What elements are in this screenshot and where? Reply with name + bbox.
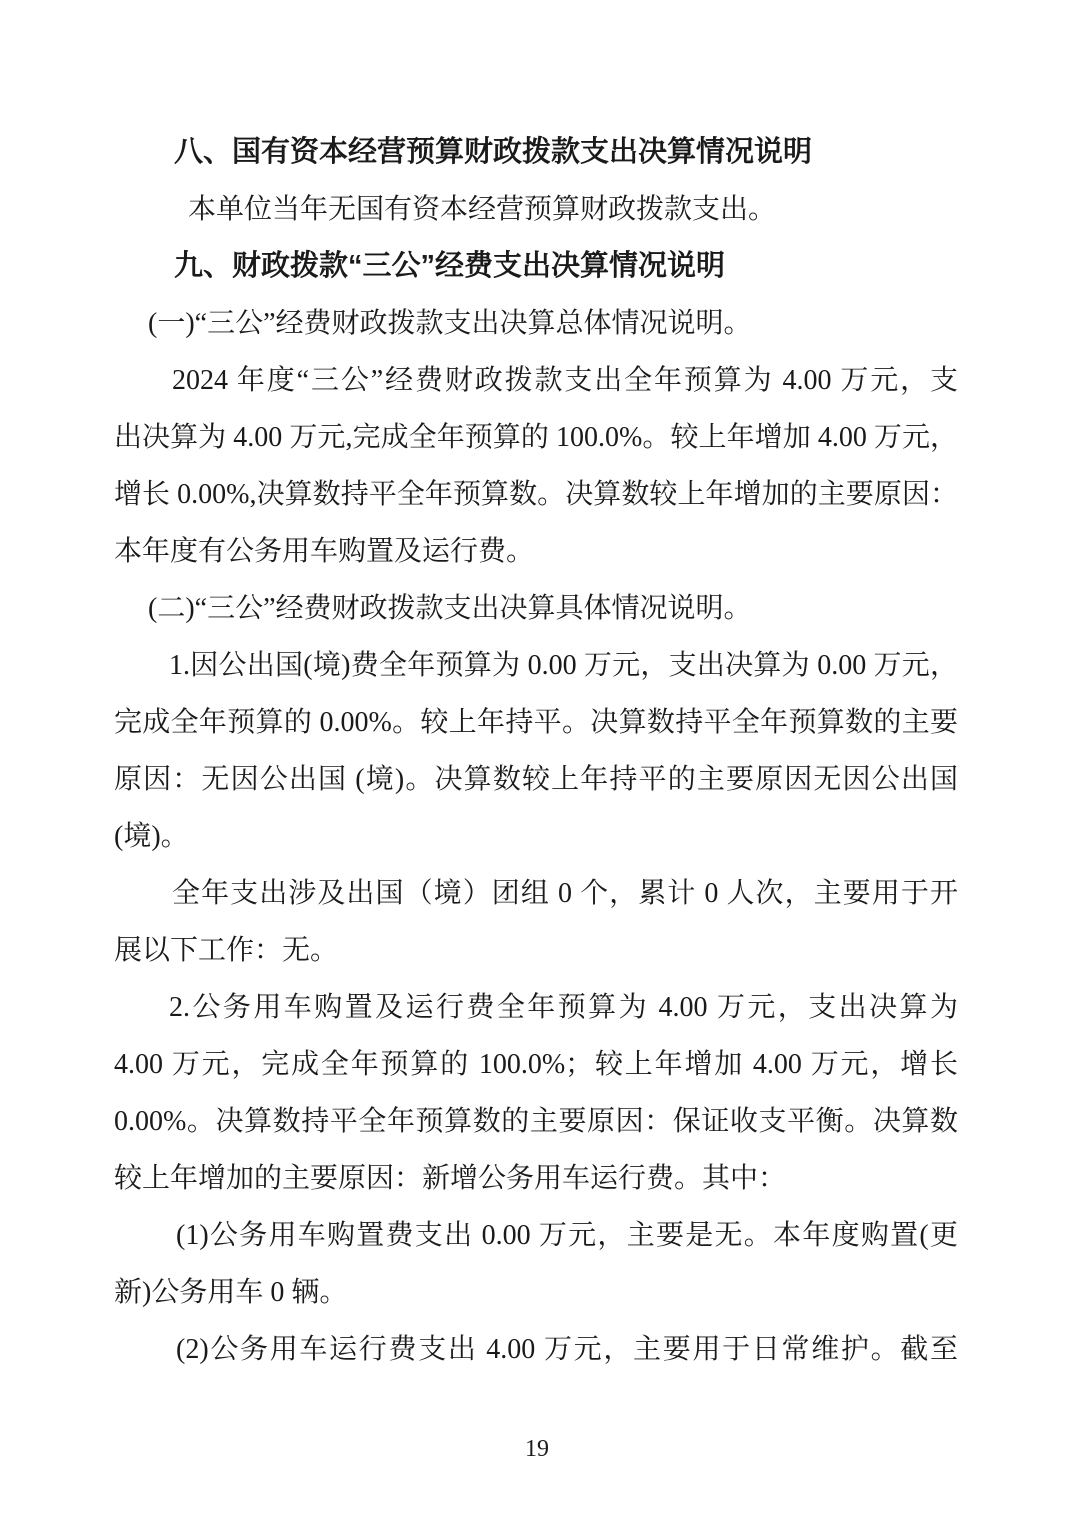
page-number: 19 [0,1436,1074,1463]
document-body: 八、国有资本经营预算财政拨款支出决算情况说明 本单位当年无国有资本经营预算财政拨… [114,124,958,1378]
vehicle-purchase-line-1: (1)公务用车购置费支出 0.00 万元，主要是无。本年度购置(更 [114,1207,958,1264]
overall-para-line-1: 2024 年度“三公”经费财政拨款支出全年预算为 4.00 万元，支 [114,352,958,409]
abroad-groups-line-2: 展以下工作：无。 [114,922,958,979]
document-page: 八、国有资本经营预算财政拨款支出决算情况说明 本单位当年无国有资本经营预算财政拨… [0,0,1074,1520]
vehicle-para-line-1: 2.公务用车购置及运行费全年预算为 4.00 万元，支出决算为 [114,979,958,1036]
section-9-heading: 九、财政拨款“三公”经费支出决算情况说明 [114,238,958,295]
section-8-paragraph-line: 本单位当年无国有资本经营预算财政拨款支出。 [114,181,958,238]
subsection-2-heading: (二)“三公”经费财政拨款支出决算具体情况说明。 [114,580,958,637]
overall-para-line-3: 增长 0.00%,决算数持平全年预算数。决算数较上年增加的主要原因： [114,466,958,523]
abroad-para-line-2: 完成全年预算的 0.00%。较上年持平。决算数持平全年预算数的主要 [114,694,958,751]
abroad-para-line-3: 原因：无因公出国 (境)。决算数较上年持平的主要原因无因公出国 [114,751,958,808]
vehicle-purchase-line-2: 新)公务用车 0 辆。 [114,1264,958,1321]
vehicle-para-line-3: 0.00%。决算数持平全年预算数的主要原因：保证收支平衡。决算数 [114,1093,958,1150]
vehicle-para-line-2: 4.00 万元，完成全年预算的 100.0%；较上年增加 4.00 万元，增长 [114,1036,958,1093]
vehicle-para-line-4: 较上年增加的主要原因：新增公务用车运行费。其中： [114,1150,958,1207]
overall-para-line-2: 出决算为 4.00 万元,完成全年预算的 100.0%。较上年增加 4.00 万… [114,409,958,466]
vehicle-operating-line-1: (2)公务用车运行费支出 4.00 万元，主要用于日常维护。截至 [114,1321,958,1378]
subsection-1-heading: (一)“三公”经费财政拨款支出决算总体情况说明。 [114,295,958,352]
abroad-para-line-1: 1.因公出国(境)费全年预算为 0.00 万元，支出决算为 0.00 万元， [114,637,958,694]
abroad-para-line-4: (境)。 [114,808,958,865]
overall-para-line-4: 本年度有公务用车购置及运行费。 [114,523,958,580]
section-8-heading: 八、国有资本经营预算财政拨款支出决算情况说明 [114,124,958,181]
abroad-groups-line-1: 全年支出涉及出国（境）团组 0 个，累计 0 人次，主要用于开 [114,865,958,922]
